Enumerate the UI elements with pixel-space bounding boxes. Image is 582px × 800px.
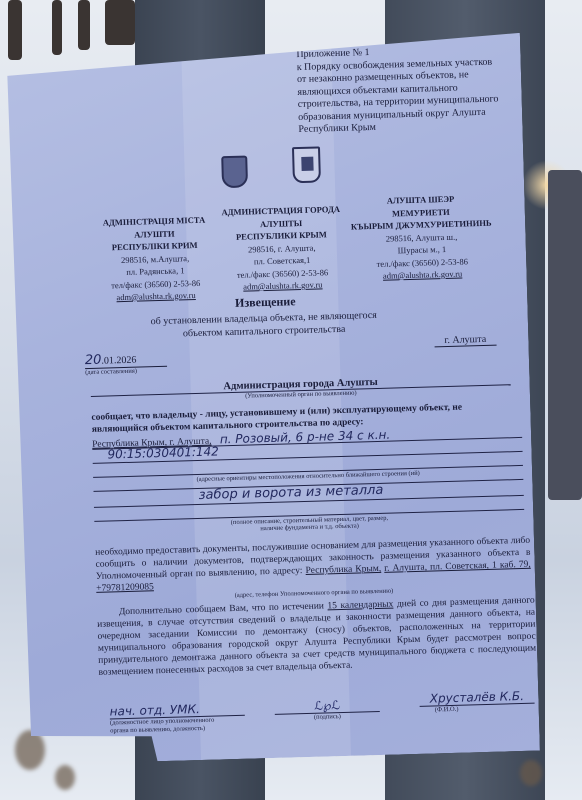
city-label: г. Алушта bbox=[434, 334, 496, 348]
tree-trunk bbox=[78, 0, 90, 50]
tree-trunk bbox=[105, 0, 135, 45]
deadline-term: 15 календарных bbox=[327, 600, 393, 612]
alushta-coat-of-arms-icon bbox=[292, 146, 321, 183]
tree-trunk bbox=[8, 0, 22, 60]
tree-trunk bbox=[52, 0, 62, 55]
date-block: 20.01.2026 (дата составления) bbox=[85, 351, 167, 376]
signature-name: Хрусталёв К.Б. (Ф.И.О.) bbox=[419, 689, 535, 715]
header-crimean-tatar: АЛУШТА ШЕЭР МЕМУРИЕТИ КЪЫРЫМ ДЖУМХУРИЕТИ… bbox=[345, 192, 497, 284]
date-caption: (дата составления) bbox=[85, 367, 167, 376]
notice-paper: Приложение № 1 к Порядку освобождения зе… bbox=[0, 33, 540, 765]
date-day-handwritten: 20 bbox=[85, 353, 102, 368]
header-russian: АДМИНИСТРАЦИЯ ГОРОДА АЛУШТЫ РЕСПУБЛИКИ К… bbox=[206, 202, 358, 294]
date-month-year: .01.2026 bbox=[101, 355, 136, 367]
documents-address: Республика Крым, bbox=[305, 564, 381, 576]
leaf-debris bbox=[55, 765, 75, 790]
additional-paragraph: Дополнительно сообщаем Вам, что по истеч… bbox=[97, 595, 537, 679]
signature-caption: (подпись) bbox=[275, 712, 380, 723]
tree-shadow bbox=[548, 170, 582, 500]
signature-position: нач. отд. УМК. (должностное лицо уполном… bbox=[109, 701, 245, 736]
appendix-note: Приложение № 1 к Порядку освобождения зе… bbox=[296, 43, 508, 136]
leaf-debris bbox=[520, 760, 542, 786]
signature-sign: ℒ℘ℒ (подпись) bbox=[274, 697, 380, 723]
crimea-coat-of-arms-icon bbox=[221, 155, 248, 188]
